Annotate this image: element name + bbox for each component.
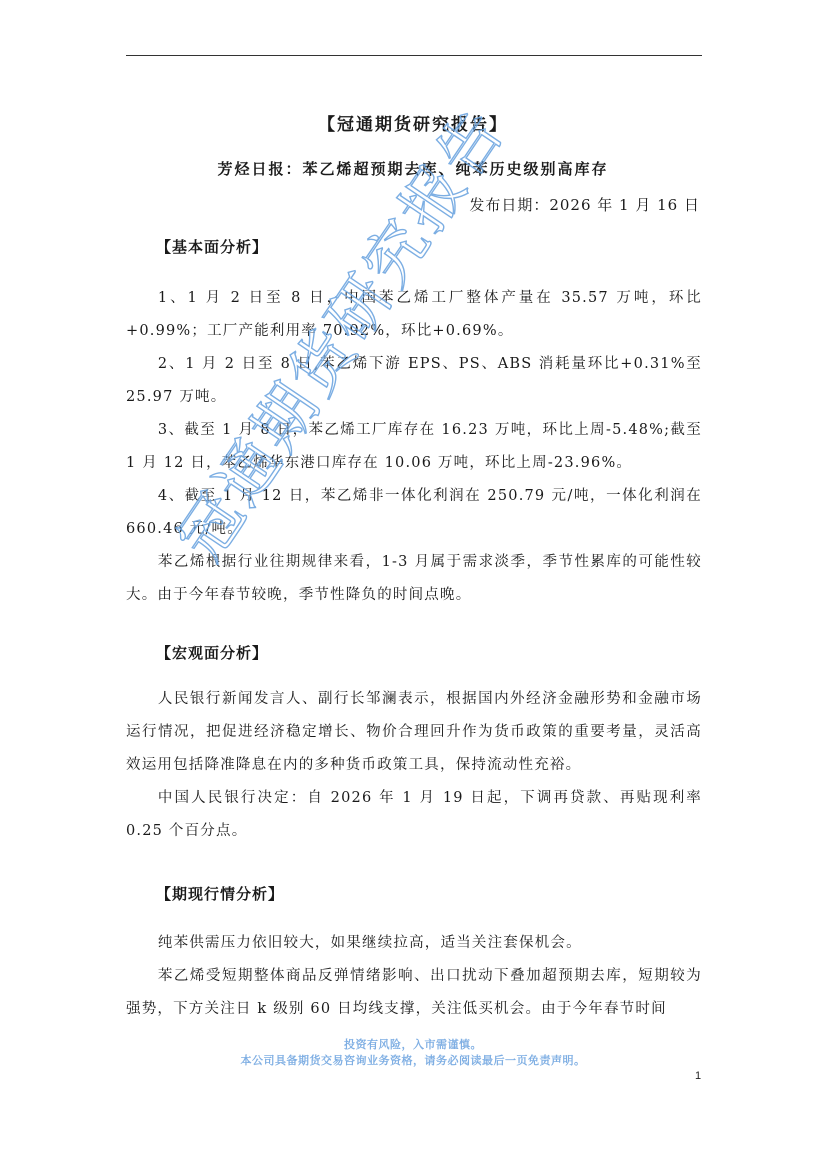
page-number: 1 [695, 1070, 701, 1082]
paragraph-consumption: 2、1 月 2 日至 8 日,苯乙烯下游 EPS、PS、ABS 消耗量环比+0.… [126, 348, 702, 414]
footer-risk-notice: 投资有风险，入市需谨慎。 [0, 1036, 826, 1052]
paragraph-pboc-statement: 人民银行新闻发言人、副行长邹澜表示，根据国内外经济金融形势和金融市场运行情况，把… [126, 683, 702, 782]
paragraph-profit: 4、截至 1 月 12 日，苯乙烯非一体化利润在 250.79 元/吨，一体化利… [126, 480, 702, 546]
paragraph-styrene: 苯乙烯受短期整体商品反弹情绪影响、出口扰动下叠加超预期去库，短期较为强势，下方关… [126, 960, 702, 1026]
footer-disclaimer: 本公司具备期货交易咨询业务资格，请务必阅读最后一页免责声明。 [0, 1052, 826, 1068]
paragraph-rate-cut: 中国人民银行决定：自 2026 年 1 月 19 日起，下调再贷款、再贴现利率 … [126, 782, 702, 848]
header-rule [126, 55, 702, 56]
paragraph-inventory: 3、截至 1 月 8 日，苯乙烯工厂库存在 16.23 万吨，环比上周-5.48… [126, 414, 702, 480]
section-heading-market: 【期现行情分析】 [156, 883, 284, 904]
document-page: 【冠通期货研究报告】 芳烃日报：苯乙烯超预期去库、纯苯历史级别高库存 发布日期：… [0, 0, 826, 1169]
paragraph-seasonality: 苯乙烯根据行业往期规律来看，1-3 月属于需求淡季，季节性累库的可能性较大。由于… [126, 546, 702, 612]
report-title: 【冠通期货研究报告】 [0, 110, 826, 135]
report-subtitle: 芳烃日报：苯乙烯超预期去库、纯苯历史级别高库存 [0, 158, 826, 179]
section-heading-macro: 【宏观面分析】 [156, 642, 268, 663]
paragraph-production: 1、1 月 2 日至 8 日，中国苯乙烯工厂整体产量在 35.57 万吨，环比+… [126, 282, 702, 348]
publish-date: 发布日期：2026 年 1 月 16 日 [469, 194, 700, 215]
paragraph-benzene: 纯苯供需压力依旧较大，如果继续拉高，适当关注套保机会。 [126, 927, 702, 960]
section-heading-fundamentals: 【基本面分析】 [156, 236, 268, 257]
